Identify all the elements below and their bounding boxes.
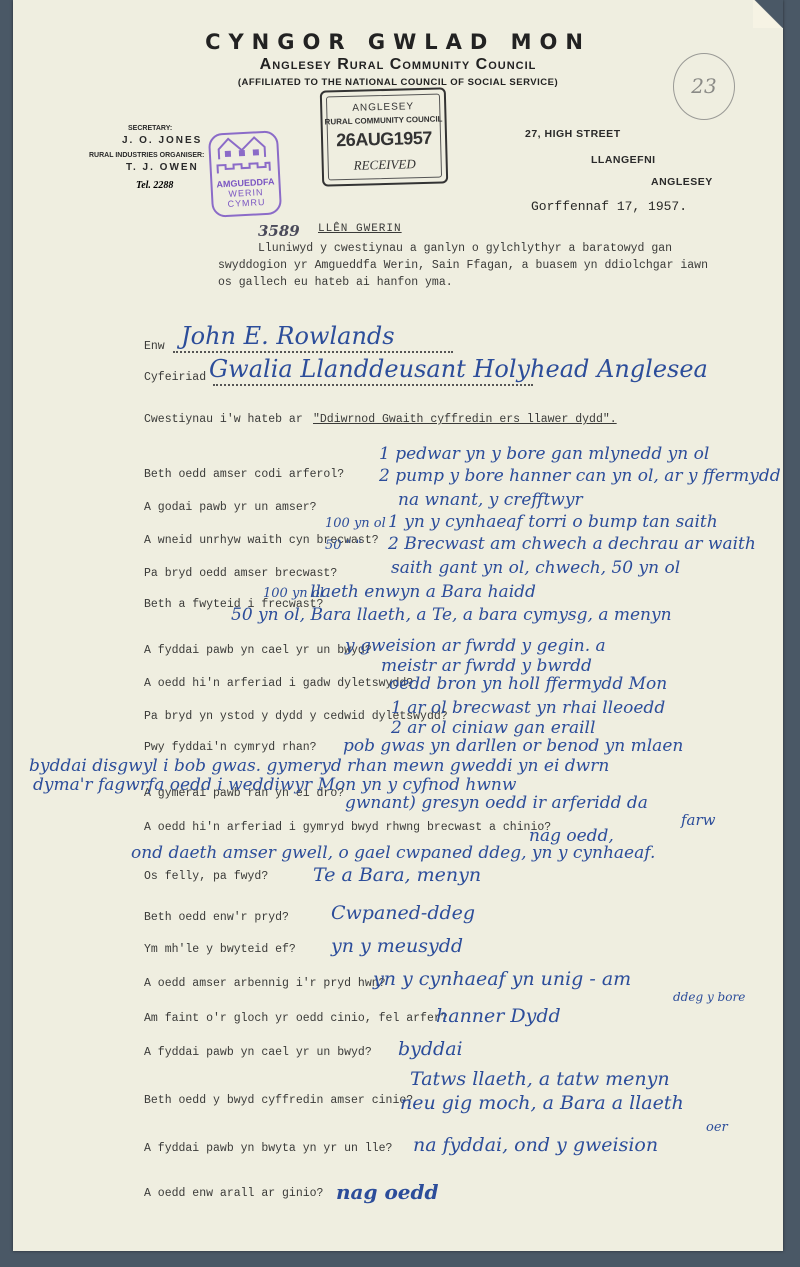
topic-prefix: Cwestiynau i'w hateb ar [144,413,303,426]
name-value: John E. Rowlands [181,322,395,350]
answer-16: hanner Dydd [436,1005,561,1027]
answer-8a: 1 ar ol brecwast yn rhai lleoedd [391,698,665,718]
question-2: A godai pawb yr un amser? [144,501,317,514]
section-heading: LLÊN GWERIN [318,223,402,235]
telephone: Tel. 2288 [136,180,173,191]
question-18: Beth oedd y bwyd cyffredin amser cinio? [144,1094,413,1107]
answer-6b: meistr ar fwrdd y bwrdd [381,656,592,676]
answer-4: saith gant yn ol, chwech, 50 yn ol [391,558,680,578]
secretary-name: J. O. JONES [122,135,202,146]
page-number-annotation: 23 [673,53,735,120]
museum-stamp: AMGUEDDFA WERIN CYMRU [208,130,282,218]
answer-7: oedd bron yn holl ffermydd Mon [389,674,667,694]
reference-number: 3589 [258,222,300,240]
letter-date: Gorffennaf 17, 1957. [531,199,687,214]
answer-2: na wnant, y crefftwyr [398,490,583,510]
address-line-1: 27, HIGH STREET [525,128,621,140]
answer-18b: neu gig moch, a Bara a llaeth [400,1092,684,1114]
name-label: Enw [144,340,165,353]
address-label: Cyfeiriad [144,371,206,384]
answer-3a: 1 yn y cynhaeaf torri o bump tan saith [388,512,718,532]
answer-9b: byddai disgwyl i bob gwas. gymeryd rhan … [29,756,609,776]
answer-11b: ond daeth amser gwell, o gael cwpaned dd… [131,843,655,863]
castle-icon [210,135,274,178]
answer-9c: dyma'r fagwrfa oedd i weddiwyr Mon yn y … [33,775,516,795]
answer-19a: na fyddai, ond y gweision [413,1134,658,1156]
answer-10b: farw [681,811,716,829]
organiser-label: RURAL INDUSTRIES ORGANISER: [89,152,204,159]
received-stamp-status: RECEIVED [324,155,446,174]
question-1: Beth oedd amser codi arferol? [144,468,344,481]
question-17: A fyddai pawb yn cael yr un bwyd? [144,1046,372,1059]
answer-15a: yn y cynhaeaf yn unig - am [373,968,631,990]
question-11: A oedd hi'n arferiad i gymryd bwyd rhwng… [144,821,551,834]
answer-3b: 2 Brecwast am chwech a dechrau ar waith [388,534,756,554]
name-dotted-line [173,350,453,353]
question-20: A oedd enw arall ar ginio? [144,1187,323,1200]
answer-8b: 2 ar ol ciniaw gan eraill [391,718,595,738]
intro-line-2: swyddogion yr Amgueddfa Werin, Sain Ffag… [218,259,708,272]
answer-10a: gwnant) gresyn oedd ir arferidd da [345,793,648,813]
address-line-3: ANGLESEY [651,176,713,188]
letterhead-subtitle: Anglesey Rural Community Council [13,56,783,74]
letterhead-title: CYNGOR GWLAD MON [13,30,783,54]
folded-corner [753,0,783,28]
answer-9a: pob gwas yn darllen or benod yn mlaen [343,736,683,756]
answer-5a: llaeth enwyn a Bara haidd [310,582,536,602]
question-15: A oedd amser arbennig i'r pryd hwn? [144,977,386,990]
intro-line-1: Lluniwyd y cwestiynau a ganlyn o gylchly… [258,242,672,255]
museum-stamp-line3: CYMRU [213,196,279,209]
answer-14: yn y meusydd [331,935,463,957]
question-19: A fyddai pawb yn bwyta yn yr un lle? [144,1142,392,1155]
received-stamp-date: 26AUG1957 [323,127,446,151]
answer-13: Cwpaned-ddeg [331,902,475,924]
answer-18a: Tatws llaeth, a tatw menyn [410,1068,670,1090]
address-dotted-line [213,383,533,386]
received-stamp: ANGLESEY RURAL COMMUNITY COUNCIL 26AUG19… [320,87,448,186]
answer-3-prefix: 100 yn ol [325,516,386,531]
question-16: Am faint o'r gloch yr oedd cinio, fel ar… [144,1012,448,1025]
organiser-name: T. J. OWEN [126,162,199,173]
answer-19b: oer [706,1120,728,1135]
answer-1b: 2 pump y bore hanner can yn ol, ar y ffe… [379,466,781,486]
answer-6a: y gweision ar fwrdd y gegin. a [345,636,606,656]
letterhead-affiliation: (AFFILIATED TO THE NATIONAL COUNCIL OF S… [13,77,783,88]
answer-3b-prefix: 50 " " [325,538,362,553]
address-line-2: LLANGEFNI [591,154,656,166]
address-value: Gwalia Llanddeusant Holyhead Anglesea [209,355,708,383]
answer-12: Te a Bara, menyn [313,864,481,886]
document-page: CYNGOR GWLAD MON Anglesey Rural Communit… [13,0,783,1251]
secretary-label: SECRETARY: [128,125,172,132]
answer-20: nag oedd [336,1180,438,1204]
answer-1a: 1 pedwar yn y bore gan mlynedd yn ol [379,444,709,464]
intro-line-3: os gallech eu hateb ai hanfon yma. [218,276,453,289]
question-14: Ym mh'le y bwyteid ef? [144,943,296,956]
answer-17: byddai [398,1038,463,1060]
question-6: A fyddai pawb yn cael yr un bwyd? [144,644,372,657]
question-4: Pa bryd oedd amser brecwast? [144,567,337,580]
question-7: A oedd hi'n arferiad i gadw dyletswydd? [144,677,413,690]
answer-5b: 50 yn ol, Bara llaeth, a Te, a bara cymy… [231,605,672,625]
question-9: Pwy fyddai'n cymryd rhan? [144,741,317,754]
answer-15b: ddeg y bore [673,990,745,1004]
question-12: Os felly, pa fwyd? [144,870,268,883]
question-13: Beth oedd enw'r pryd? [144,911,289,924]
topic: "Ddiwrnod Gwaith cyffredin ers llawer dy… [313,413,617,426]
